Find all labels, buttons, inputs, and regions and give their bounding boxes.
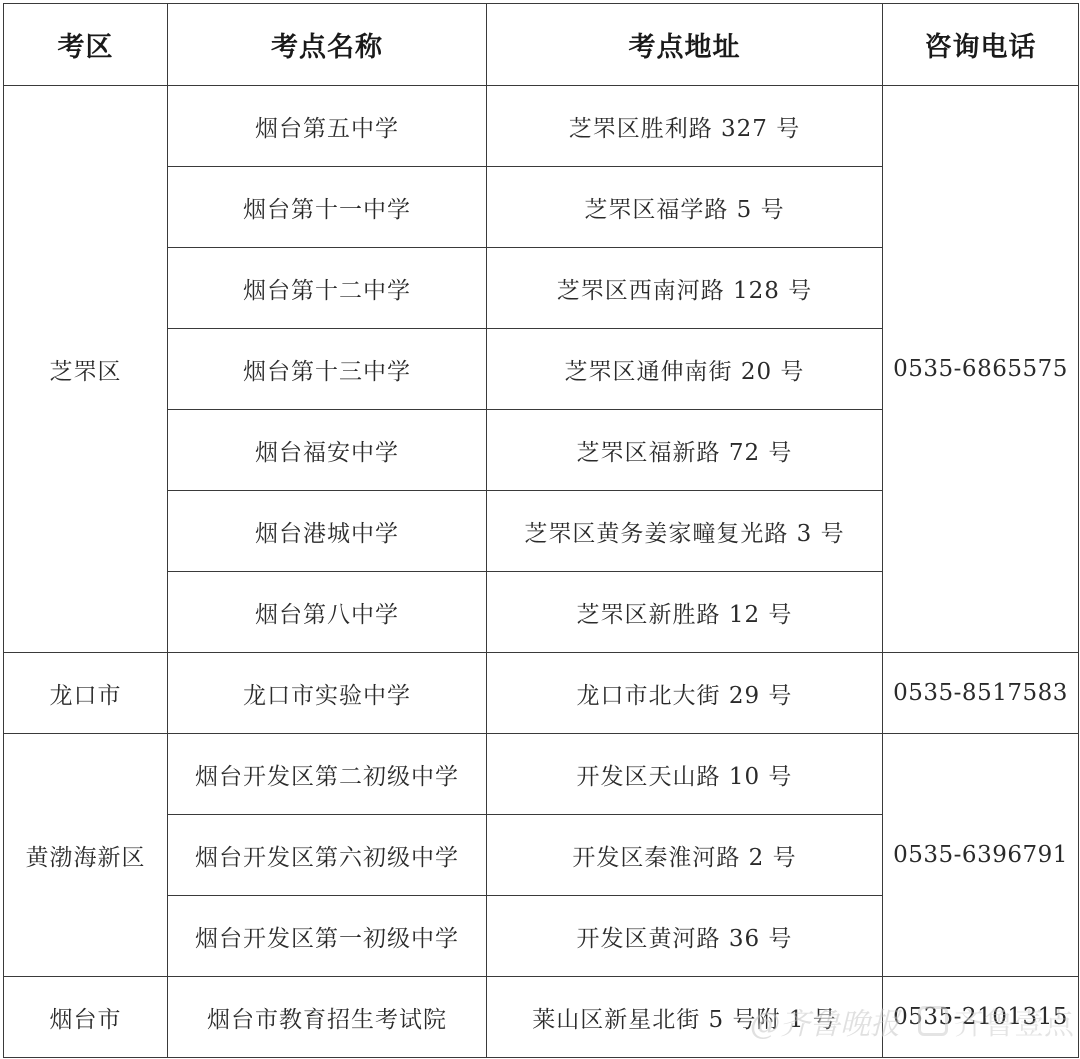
header-district: 考区 (4, 4, 168, 86)
site-name-cell: 烟台第十三中学 (168, 329, 487, 410)
site-address-cell: 开发区秦淮河路 2 号 (487, 815, 883, 896)
table-row: 烟台市 烟台市教育招生考试院 莱山区新星北街 5 号附 1 号 0535-210… (4, 977, 1079, 1058)
table-row: 龙口市 龙口市实验中学 龙口市北大街 29 号 0535-8517583 (4, 653, 1079, 734)
site-address-cell: 龙口市北大街 29 号 (487, 653, 883, 734)
site-name-cell: 烟台开发区第二初级中学 (168, 734, 487, 815)
site-address-cell: 开发区黄河路 36 号 (487, 896, 883, 977)
header-site-address: 考点地址 (487, 4, 883, 86)
site-address-cell: 芝罘区通伸南街 20 号 (487, 329, 883, 410)
site-address-cell: 莱山区新星北街 5 号附 1 号 (487, 977, 883, 1058)
site-name-cell: 烟台开发区第一初级中学 (168, 896, 487, 977)
phone-cell: 0535-2101315 (883, 977, 1079, 1058)
phone-cell: 0535-8517583 (883, 653, 1079, 734)
exam-sites-table-container: 考区 考点名称 考点地址 咨询电话 芝罘区 烟台第五中学 芝罘区胜利路 327 … (3, 3, 1078, 1058)
site-address-cell: 芝罘区福学路 5 号 (487, 167, 883, 248)
site-name-cell: 烟台开发区第六初级中学 (168, 815, 487, 896)
site-name-cell: 烟台港城中学 (168, 491, 487, 572)
phone-cell: 0535-6865575 (883, 86, 1079, 653)
exam-sites-table: 考区 考点名称 考点地址 咨询电话 芝罘区 烟台第五中学 芝罘区胜利路 327 … (3, 3, 1079, 1058)
site-name-cell: 烟台第五中学 (168, 86, 487, 167)
site-address-cell: 芝罘区胜利路 327 号 (487, 86, 883, 167)
district-cell: 龙口市 (4, 653, 168, 734)
phone-cell: 0535-6396791 (883, 734, 1079, 977)
site-address-cell: 开发区天山路 10 号 (487, 734, 883, 815)
table-header-row: 考区 考点名称 考点地址 咨询电话 (4, 4, 1079, 86)
district-cell: 烟台市 (4, 977, 168, 1058)
site-name-cell: 烟台第十一中学 (168, 167, 487, 248)
site-name-cell: 烟台福安中学 (168, 410, 487, 491)
site-address-cell: 芝罘区福新路 72 号 (487, 410, 883, 491)
table-row: 黄渤海新区 烟台开发区第二初级中学 开发区天山路 10 号 0535-63967… (4, 734, 1079, 815)
header-phone: 咨询电话 (883, 4, 1079, 86)
site-name-cell: 烟台第十二中学 (168, 248, 487, 329)
site-address-cell: 芝罘区黄务姜家疃复光路 3 号 (487, 491, 883, 572)
table-row: 芝罘区 烟台第五中学 芝罘区胜利路 327 号 0535-6865575 (4, 86, 1079, 167)
site-name-cell: 烟台市教育招生考试院 (168, 977, 487, 1058)
site-name-cell: 烟台第八中学 (168, 572, 487, 653)
district-cell: 芝罘区 (4, 86, 168, 653)
site-address-cell: 芝罘区西南河路 128 号 (487, 248, 883, 329)
site-address-cell: 芝罘区新胜路 12 号 (487, 572, 883, 653)
site-name-cell: 龙口市实验中学 (168, 653, 487, 734)
district-cell: 黄渤海新区 (4, 734, 168, 977)
header-site-name: 考点名称 (168, 4, 487, 86)
